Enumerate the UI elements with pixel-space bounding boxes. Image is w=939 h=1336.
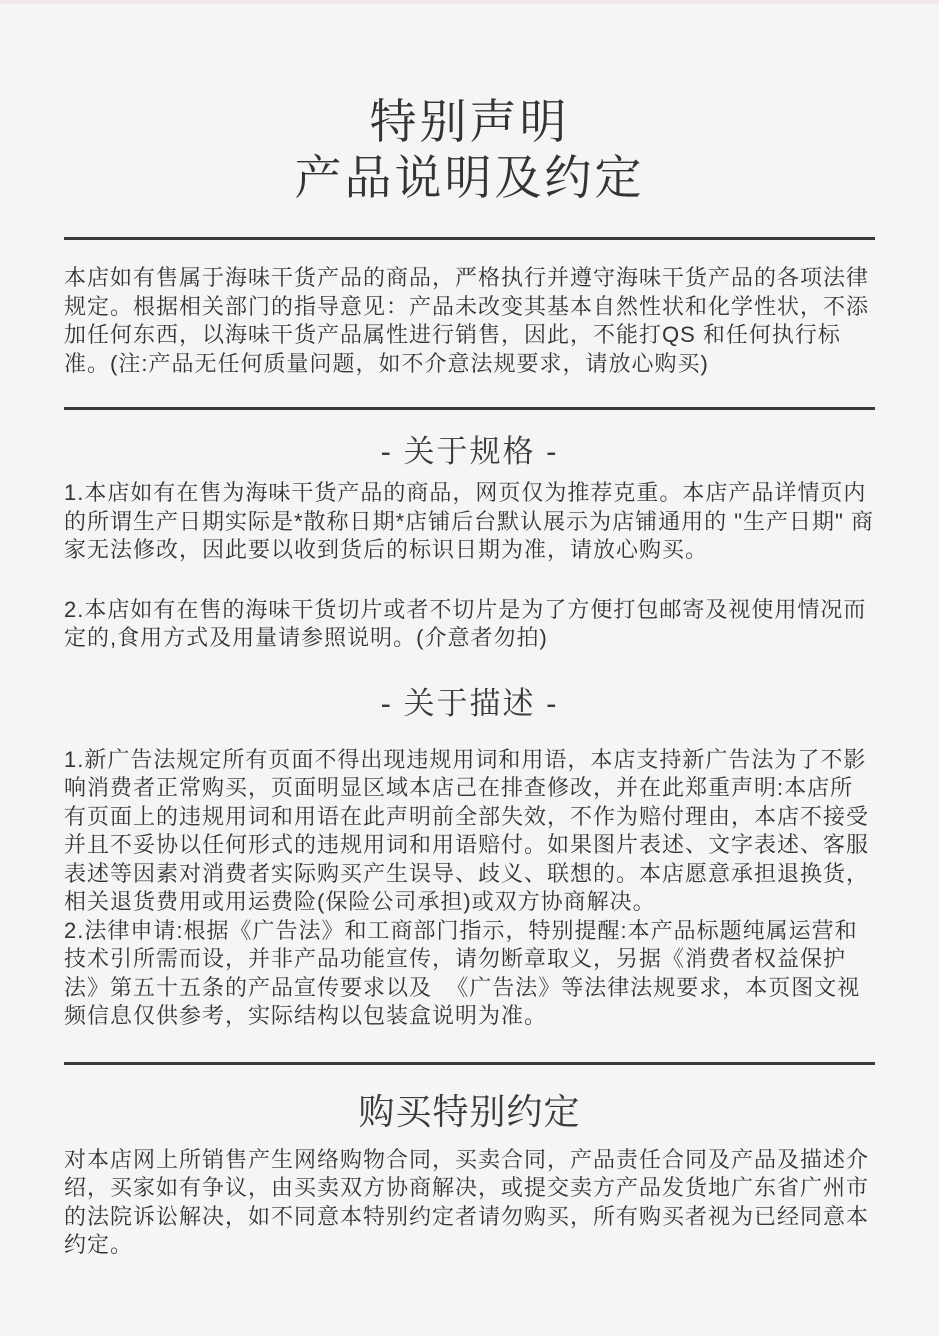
- page-title-line1: 特别声明: [64, 94, 875, 150]
- statement-content: 特别声明 产品说明及约定 本店如有售属于海味干货产品的商品，严格执行并遵守海味干…: [0, 94, 939, 1260]
- specs-paragraph-1: 1.本店如有在售为海味干货产品的商品，网页仅为推荐克重。本店产品详情页内的所谓生…: [64, 479, 875, 565]
- top-edge-strip: [0, 0, 939, 4]
- description-paragraph-1: 1.新广告法规定所有页面不得出现违规用词和用语，本店支持新广告法为了不影响消费者…: [64, 746, 875, 917]
- page-title-line2: 产品说明及约定: [64, 150, 875, 206]
- intro-paragraph: 本店如有售属于海味干货产品的商品，严格执行并遵守海味干货产品的各项法律规定。根据…: [64, 264, 875, 378]
- section-heading-description: - 关于描述 -: [64, 686, 875, 722]
- special-statement-page: 特别声明 产品说明及约定 本店如有售属于海味干货产品的商品，严格执行并遵守海味干…: [0, 0, 939, 1336]
- description-paragraph-2: 2.法律申请:根据《广告法》和工商部门指示，特别提醒:本产品标题纯属运营和技术引…: [64, 917, 875, 1031]
- divider-after-intro: [64, 407, 875, 410]
- section-heading-specs: - 关于规格 -: [64, 434, 875, 470]
- specs-paragraph-2: 2.本店如有在售的海味干货切片或者不切片是为了方便打包邮寄及视使用情况而定的,食…: [64, 596, 875, 653]
- purchase-agreement-heading: 购买特别约定: [64, 1091, 875, 1133]
- purchase-agreement-paragraph: 对本店网上所销售产生网络购物合同，买卖合同，产品责任合同及产品及描述介绍，买家如…: [64, 1146, 875, 1260]
- page-title: 特别声明 产品说明及约定: [64, 94, 875, 206]
- divider-top: [64, 237, 875, 240]
- divider-before-purchase: [64, 1062, 875, 1065]
